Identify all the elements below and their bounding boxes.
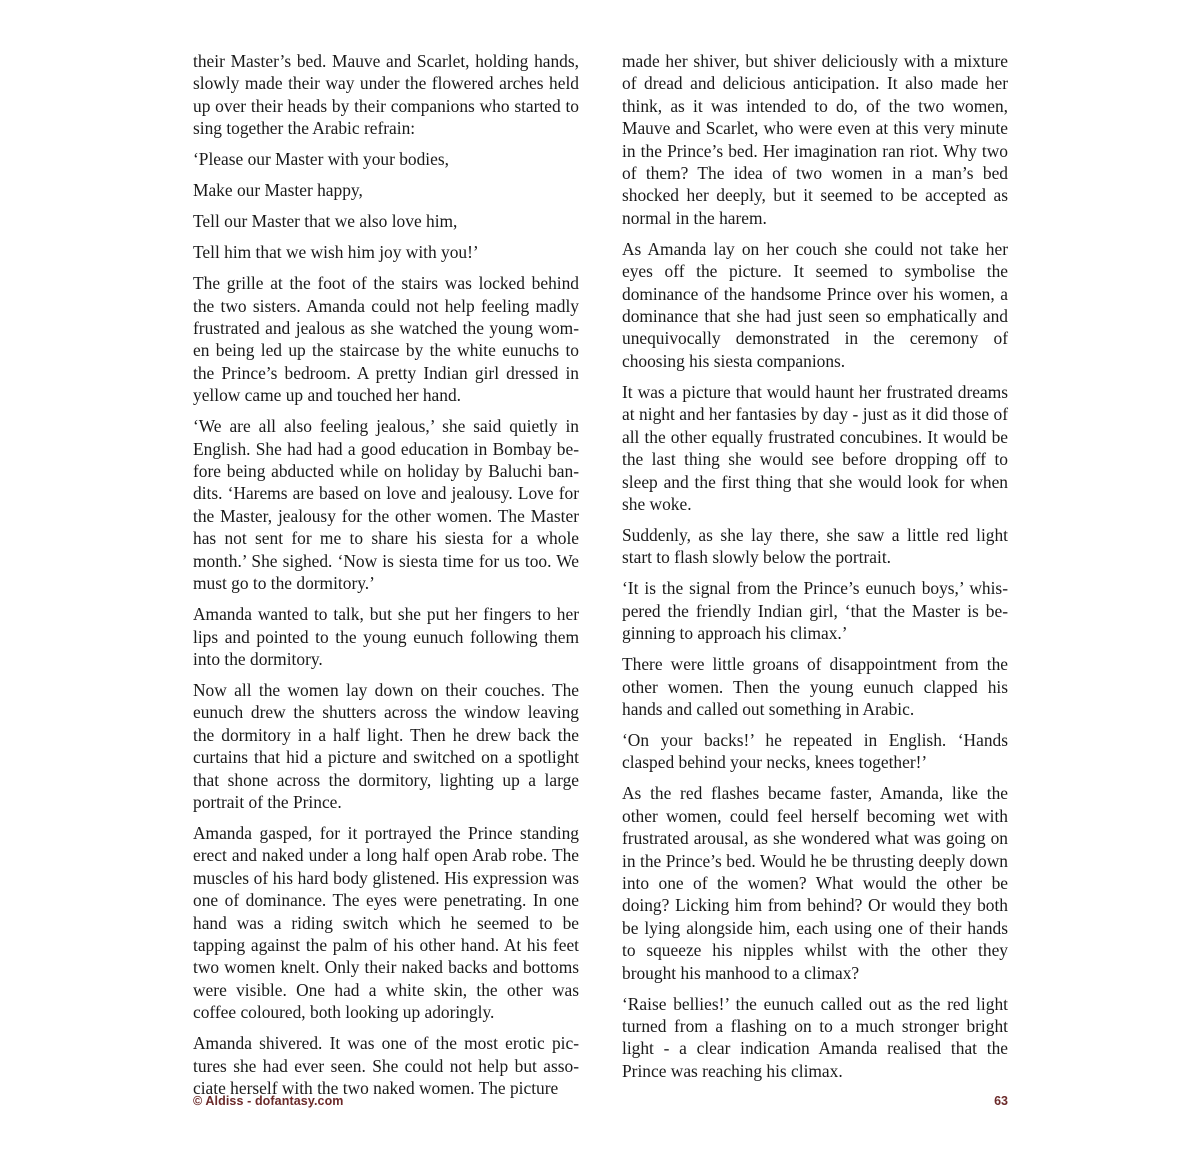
paragraph: Amanda wanted to talk, but she put her f… (193, 603, 579, 670)
page-number: 63 (968, 1094, 1008, 1108)
paragraph: The grille at the foot of the stairs was… (193, 272, 579, 406)
paragraph: ‘Raise bellies!’ the eunuch called out a… (622, 993, 1008, 1083)
paragraph: made her shiver, but shiver deliciously … (622, 50, 1008, 229)
paragraph: As Amanda lay on her couch she could not… (622, 238, 1008, 372)
verse-line: ‘Please our Master with your bodies, (193, 148, 579, 170)
right-text-column: made her shiver, but shiver deliciously … (622, 50, 1008, 1091)
paragraph: Suddenly, as she lay there, she saw a li… (622, 524, 1008, 569)
paragraph: ‘On your backs!’ he repeated in English.… (622, 729, 1008, 774)
paragraph: ‘It is the signal from the Prince’s eunu… (622, 577, 1008, 644)
paragraph: Now all the women lay down on their couc… (193, 679, 579, 813)
paragraph: Amanda shivered. It was one of the most … (193, 1032, 579, 1099)
paragraph: As the red flashes became faster, Amanda… (622, 782, 1008, 984)
paragraph: their Master’s bed. Mauve and Scarlet, h… (193, 50, 579, 140)
footer-credit: © Aldiss - dofantasy.com (193, 1094, 344, 1108)
verse-line: Tell our Master that we also love him, (193, 210, 579, 232)
paragraph: Amanda gasped, for it portrayed the Prin… (193, 822, 579, 1024)
verse-line: Make our Master happy, (193, 179, 579, 201)
paragraph: ‘We are all also feeling jealous,’ she s… (193, 415, 579, 594)
paragraph: It was a picture that would haunt her fr… (622, 381, 1008, 515)
document-page: their Master’s bed. Mauve and Scarlet, h… (0, 0, 1200, 1158)
paragraph: There were little groans of disappointme… (622, 653, 1008, 720)
left-text-column: their Master’s bed. Mauve and Scarlet, h… (193, 50, 579, 1108)
verse-line: Tell him that we wish him joy with you!’ (193, 241, 579, 263)
